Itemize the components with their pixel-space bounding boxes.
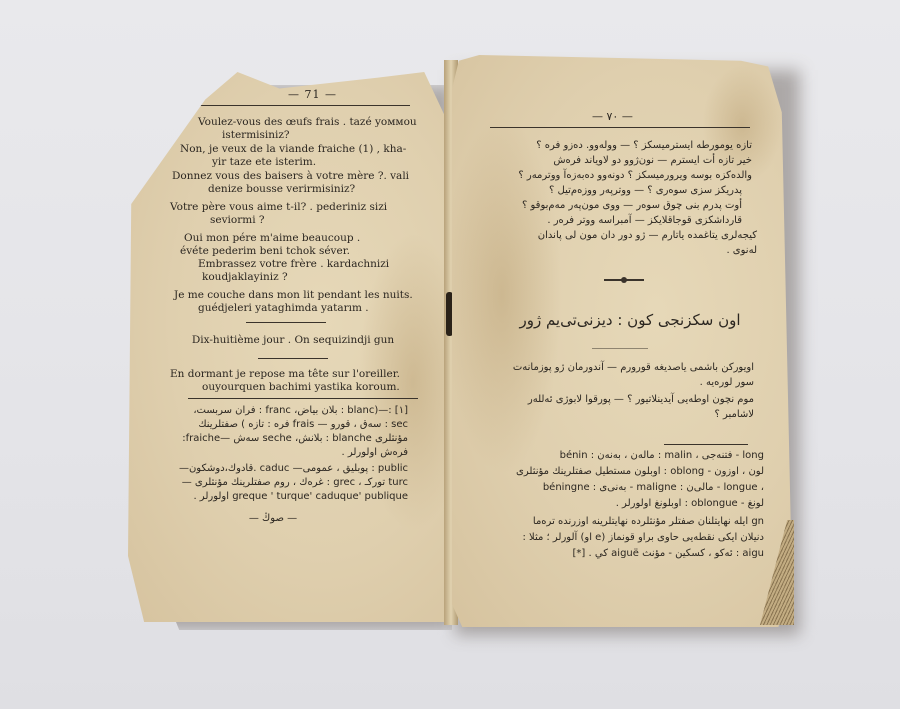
header-rule: [190, 105, 410, 106]
footnote-line: sec : سەق ، قورو — frais فره : تازه ) صف…: [158, 418, 408, 431]
text-line: En dormant je repose ma tête sur l'oreil…: [170, 368, 400, 381]
section-heading: Dix-huitième jour . On sequizindji gun: [158, 334, 428, 347]
text-line: أوت پدرم بنى چوق سوەر — ووى مون‌پەر مەم‌…: [492, 199, 742, 212]
page-number: — 71 —: [288, 88, 337, 101]
footnote-line: مؤنثلرى blanche : بلانش، seche سەش —frai…: [158, 432, 408, 445]
text-line: Je me couche dans mon lit pendant les nu…: [174, 289, 413, 302]
text-line: guédjeleri yataghimda yatarım .: [198, 302, 369, 315]
text-line: كيجه‌لرى يتاغمده ياتارم — ژو دور دان مون…: [492, 229, 757, 242]
right-page: — ٧٠ — تازه يومورطه ايسترميسكز ؟ — ووله‌…: [452, 55, 792, 627]
vocab-line: aigu : ئه‌كو ، كسكين - مؤنث aiguë كي . […: [512, 547, 764, 560]
text-line: تازه يومورطه ايسترميسكز ؟ — ووله‌وو. دەز…: [492, 139, 752, 152]
text-line: سور لوره‌يه .: [492, 376, 754, 389]
corner-fold: [702, 65, 782, 185]
section-divider: [592, 348, 648, 349]
text-line: Votre père vous aime t-il? . pederiniz s…: [170, 201, 387, 214]
footnote-line: greque ' turque' caduque' publique اولور…: [158, 490, 408, 503]
section-heading: اون سكزنجى كون : ديزنى‌تى‌يم ژور: [500, 311, 760, 329]
text-line: Non, je veux de la viande fraiche (1) , …: [180, 143, 406, 156]
text-line: yir taze ete isterim.: [212, 156, 316, 169]
left-page: — 71 — Voulez-vous des œufs frais . tazé…: [128, 72, 450, 622]
text-line: istermisiniz?: [222, 129, 290, 142]
text-line: Oui mon pére m'aime beaucoup .: [184, 232, 360, 245]
section-divider: [246, 322, 326, 323]
text-line: لاشامبر ؟: [492, 408, 754, 421]
vocab-line: دنيلان ايكى نقطه‌يى حاوى براو قونماز (e …: [512, 531, 764, 544]
text-line: ouyourquen bachimi yastika koroum.: [202, 381, 400, 394]
text-line: koudjaklayiniz ?: [202, 271, 288, 284]
footnote-line: public : پوبليق ، عمومى— caduc .قادوك،دو…: [158, 462, 408, 475]
header-rule: [490, 127, 750, 128]
vocab-line: ، longue - مالى‌ن : maligne - بەنى‌ى : b…: [512, 481, 764, 494]
text-line: Voulez-vous des œufs frais . tazé yoммоu: [198, 116, 417, 129]
footnote-line: turc توركـ ، grec : غرەك ، روم صفتلرينك …: [158, 476, 408, 489]
text-line: قارداشكزى قوجاقلايكز — آمبراسه ووتر فرەر…: [492, 214, 742, 227]
footnote-line: [١] :—(blanc : بلان بياض، franc : فران س…: [158, 404, 408, 417]
text-line: denize bousse verirmisiniz?: [208, 183, 355, 196]
vocab-line: لونغ - oblongue : اوبلونغ اولورلر .: [512, 497, 764, 510]
vocab-line: لون ، اوزون - oblong : اوبلون مستطيل صفت…: [512, 465, 764, 478]
text-line: خير تازه أت ايسترم — نون‌ژوو دو لاوياند …: [492, 154, 752, 167]
text-line: seviormi ?: [210, 214, 265, 227]
ornament: [621, 277, 627, 283]
vocab-line: long - فتنه‌جى ، malin : مالەن ، بەنەن :…: [512, 449, 764, 462]
vocab-line: gn ايله نهايتلنان صفتلر مؤنثلرده نهايتلر…: [512, 515, 764, 528]
text-line: Embrassez votre frère . kardachnizi: [198, 258, 389, 271]
text-line: والده‌كزه بوسه ويرورميسكز ؟ دونه‌وو دەبه…: [492, 169, 752, 182]
footnote-rule: [188, 398, 418, 399]
footnote-rule: [664, 444, 748, 445]
end-mark: — صوڭ —: [228, 512, 318, 525]
text-line: اويوركن باشمى ياصديغه قورورم — آندورمان …: [492, 361, 754, 374]
section-divider: [258, 358, 328, 359]
page-number: — ٧٠ —: [592, 110, 633, 123]
text-line: پدريكز سزى سوەرى ؟ — ووترپەر ووزەم‌تيل ؟: [492, 184, 742, 197]
staple-hole: [446, 292, 453, 336]
text-line: évéte pederim beni tchok séver.: [180, 245, 350, 258]
footnote-line: فره‌ش اولورلر .: [158, 446, 408, 459]
text-line: موم نچون اوطه‌يى آيدينلاتيور ؟ — پورقوا …: [492, 393, 754, 406]
text-line: له‌نوى .: [492, 244, 757, 257]
text-line: Donnez vous des baisers à votre mère ?. …: [172, 170, 409, 183]
